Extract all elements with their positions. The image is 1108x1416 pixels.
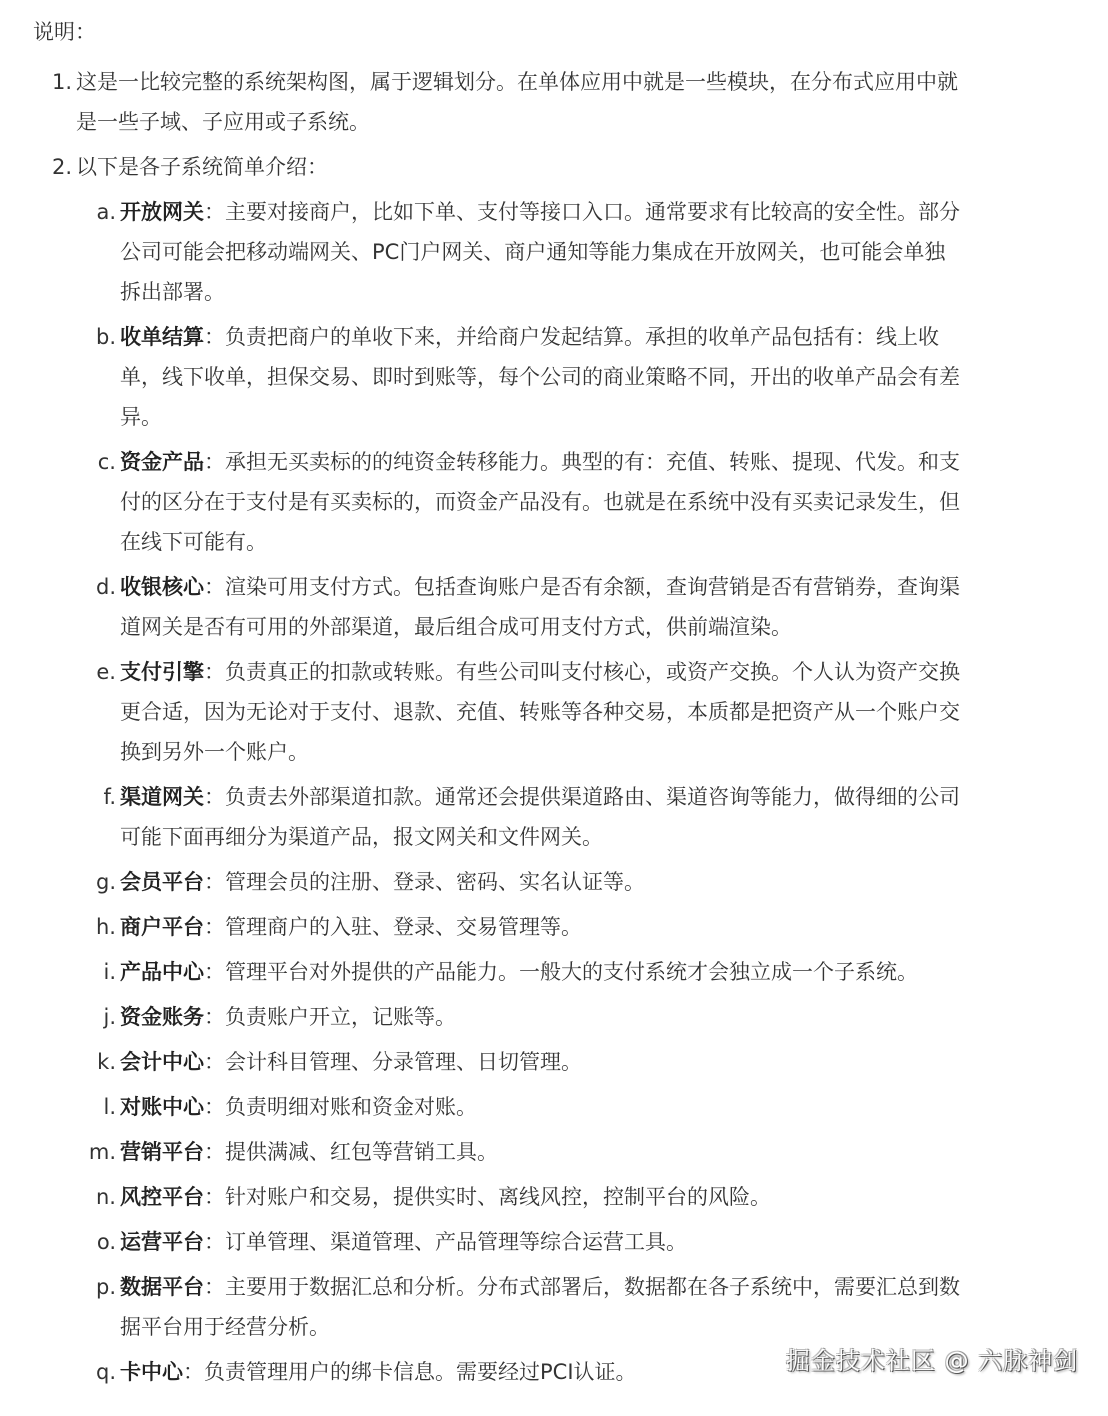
subsystem-desc: ：订单管理、渠道管理、产品管理等综合运营工具。 xyxy=(204,1230,687,1254)
subsystem-term: 收单结算 xyxy=(120,325,204,349)
subsystem-desc: ：管理会员的注册、登录、密码、实名认证等。 xyxy=(204,870,645,894)
item-letter: c. xyxy=(84,442,116,482)
subsystem-desc: ：主要对接商户，比如下单、支付等接口入口。通常要求有比较高的安全性。部分公司可能… xyxy=(120,200,960,304)
subsystem-term: 营销平台 xyxy=(120,1140,204,1164)
item-letter: q. xyxy=(84,1352,116,1392)
subsystem-item-reconciliation-center: l.对账中心：负责明细对账和资金对账。 xyxy=(120,1087,962,1127)
list-item-text: 以下是各子系统简单介绍： xyxy=(76,155,328,179)
item-letter: m. xyxy=(84,1132,116,1172)
subsystem-term: 支付引擎 xyxy=(120,660,204,684)
subsystem-desc: ：提供满减、红包等营销工具。 xyxy=(204,1140,498,1164)
item-letter: e. xyxy=(84,652,116,692)
subsystem-term: 会员平台 xyxy=(120,870,204,894)
subsystem-desc: ：管理商户的入驻、登录、交易管理等。 xyxy=(204,915,582,939)
subsystem-item-channel-gateway: f.渠道网关：负责去外部渠道扣款。通常还会提供渠道路由、渠道咨询等能力，做得细的… xyxy=(120,777,962,857)
item-letter: i. xyxy=(84,952,116,992)
main-list: 1. 这是一比较完整的系统架构图，属于逻辑划分。在单体应用中就是一些模块，在分布… xyxy=(0,62,1032,1397)
subsystem-term: 风控平台 xyxy=(120,1185,204,1209)
doc-title: 说明： xyxy=(33,12,96,52)
list-item-text: 这是一比较完整的系统架构图，属于逻辑划分。在单体应用中就是一些模块，在分布式应用… xyxy=(76,70,958,134)
list-item-2: 2. 以下是各子系统简单介绍： a.开放网关：主要对接商户，比如下单、支付等接口… xyxy=(76,147,1032,1392)
subsystem-term: 会计中心 xyxy=(120,1050,204,1074)
subsystem-term: 开放网关 xyxy=(120,200,204,224)
subsystem-item-merchant-platform: h.商户平台：管理商户的入驻、登录、交易管理等。 xyxy=(120,907,962,947)
item-letter: a. xyxy=(84,192,116,232)
subsystem-term: 运营平台 xyxy=(120,1230,204,1254)
subsystem-desc: ：渲染可用支付方式。包括查询账户是否有余额，查询营销是否有营销券，查询渠道网关是… xyxy=(120,575,960,639)
list-number: 1. xyxy=(46,62,72,102)
subsystem-item-data-platform: p.数据平台：主要用于数据汇总和分析。分布式部署后，数据都在各子系统中，需要汇总… xyxy=(120,1267,962,1347)
subsystem-desc: ：针对账户和交易，提供实时、离线风控，控制平台的风险。 xyxy=(204,1185,771,1209)
subsystem-desc: ：管理平台对外提供的产品能力。一般大的支付系统才会独立成一个子系统。 xyxy=(204,960,918,984)
subsystem-term: 商户平台 xyxy=(120,915,204,939)
item-letter: l. xyxy=(84,1087,116,1127)
subsystem-term: 数据平台 xyxy=(120,1275,204,1299)
subsystem-item-open-gateway: a.开放网关：主要对接商户，比如下单、支付等接口入口。通常要求有比较高的安全性。… xyxy=(120,192,962,312)
item-letter: d. xyxy=(84,567,116,607)
subsystem-desc: ：负责明细对账和资金对账。 xyxy=(204,1095,477,1119)
subsystem-desc: ：承担无买卖标的的纯资金转移能力。典型的有：充值、转账、提现、代发。和支付的区分… xyxy=(120,450,960,554)
watermark: 掘金技术社区 @ 六脉神剑 xyxy=(786,1346,1078,1376)
item-letter: f. xyxy=(84,777,116,817)
subsystem-item-cashier-core: d.收银核心：渲染可用支付方式。包括查询账户是否有余额，查询营销是否有营销券，查… xyxy=(120,567,962,647)
subsystem-item-risk-platform: n.风控平台：针对账户和交易，提供实时、离线风控，控制平台的风险。 xyxy=(120,1177,962,1217)
subsystem-item-fund-products: c.资金产品：承担无买卖标的的纯资金转移能力。典型的有：充值、转账、提现、代发。… xyxy=(120,442,962,562)
subsystem-desc: ：负责把商户的单收下来，并给商户发起结算。承担的收单产品包括有：线上收单，线下收… xyxy=(120,325,960,429)
subsystem-term: 卡中心 xyxy=(120,1360,183,1384)
subsystem-item-accounting-center: k.会计中心：会计科目管理、分录管理、日切管理。 xyxy=(120,1042,962,1082)
item-letter: j. xyxy=(84,997,116,1037)
subsystem-desc: ：负责去外部渠道扣款。通常还会提供渠道路由、渠道咨询等能力，做得细的公司可能下面… xyxy=(120,785,960,849)
item-letter: b. xyxy=(84,317,116,357)
subsystem-item-fund-accounting: j.资金账务：负责账户开立，记账等。 xyxy=(120,997,962,1037)
subsystem-term: 对账中心 xyxy=(120,1095,204,1119)
item-letter: g. xyxy=(84,862,116,902)
subsystem-list: a.开放网关：主要对接商户，比如下单、支付等接口入口。通常要求有比较高的安全性。… xyxy=(76,192,962,1392)
item-letter: p. xyxy=(84,1267,116,1307)
subsystem-term: 资金账务 xyxy=(120,1005,204,1029)
subsystem-desc: ：主要用于数据汇总和分析。分布式部署后，数据都在各子系统中，需要汇总到数据平台用… xyxy=(120,1275,960,1339)
subsystem-term: 收银核心 xyxy=(120,575,204,599)
item-letter: o. xyxy=(84,1222,116,1262)
item-letter: k. xyxy=(84,1042,116,1082)
subsystem-desc: ：负责真正的扣款或转账。有些公司叫支付核心，或资产交换。个人认为资产交换更合适，… xyxy=(120,660,960,764)
subsystem-item-acquiring-settlement: b.收单结算：负责把商户的单收下来，并给商户发起结算。承担的收单产品包括有：线上… xyxy=(120,317,962,437)
subsystem-term: 产品中心 xyxy=(120,960,204,984)
subsystem-item-marketing-platform: m.营销平台：提供满减、红包等营销工具。 xyxy=(120,1132,962,1172)
subsystem-desc: ：负责管理用户的绑卡信息。需要经过PCI认证。 xyxy=(183,1360,637,1384)
subsystem-term: 渠道网关 xyxy=(120,785,204,809)
subsystem-item-operations-platform: o.运营平台：订单管理、渠道管理、产品管理等综合运营工具。 xyxy=(120,1222,962,1262)
list-item-1: 1. 这是一比较完整的系统架构图，属于逻辑划分。在单体应用中就是一些模块，在分布… xyxy=(76,62,1032,142)
subsystem-desc: ：会计科目管理、分录管理、日切管理。 xyxy=(204,1050,582,1074)
subsystem-item-member-platform: g.会员平台：管理会员的注册、登录、密码、实名认证等。 xyxy=(120,862,962,902)
item-letter: h. xyxy=(84,907,116,947)
subsystem-item-payment-engine: e.支付引擎：负责真正的扣款或转账。有些公司叫支付核心，或资产交换。个人认为资产… xyxy=(120,652,962,772)
subsystem-item-product-center: i.产品中心：管理平台对外提供的产品能力。一般大的支付系统才会独立成一个子系统。 xyxy=(120,952,962,992)
subsystem-desc: ：负责账户开立，记账等。 xyxy=(204,1005,456,1029)
list-number: 2. xyxy=(46,147,72,187)
subsystem-term: 资金产品 xyxy=(120,450,204,474)
item-letter: n. xyxy=(84,1177,116,1217)
